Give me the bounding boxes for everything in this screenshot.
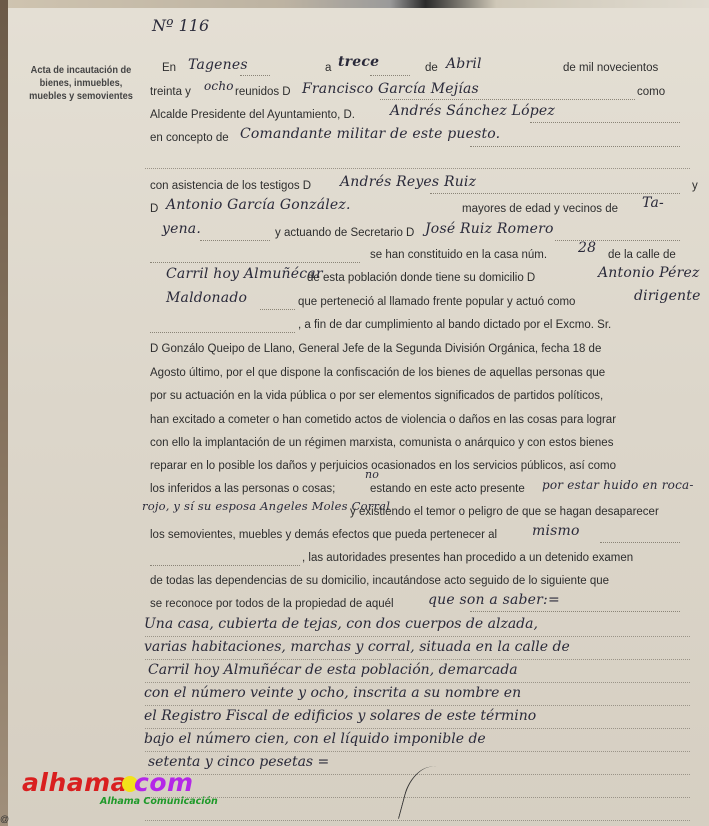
handwritten-line: varias habitaciones, marchas y corral, s… [144, 639, 570, 655]
form-line-text: de todas las dependencias de su domicili… [150, 571, 690, 591]
logo-subtitle: Alhama Comunicación [100, 796, 218, 807]
form-line-text: D Gonzálo Queipo de Llano, General Jefe … [150, 339, 690, 359]
watermark-logo: alhamacom Alhama Comunicación [22, 768, 252, 808]
form-line-date: En Tagenes a trece de Abril de mil novec… [150, 58, 690, 78]
handwritten-line: el Registro Fiscal de edificios y solare… [144, 708, 536, 724]
copyright-symbol: @ [0, 814, 9, 824]
form-line-owner: Maldonado que perteneció al llamado fren… [150, 292, 690, 312]
handwritten-line: Carril hoy Almuñécar de esta población, … [148, 662, 518, 678]
form-line-wife: rojo, y sí su esposa Angeles Moles Corra… [150, 502, 690, 522]
document-number: Nº 116 [152, 16, 209, 35]
form-line-text: por su actuación en la vida pública o po… [150, 386, 690, 406]
form-line-concept: en concepto de Comandante militar de est… [150, 128, 690, 148]
handwritten-line: con el número veinte y ocho, inscrita a … [144, 685, 521, 701]
form-line-text: con ello la implantación de un régimen m… [150, 433, 690, 453]
form-line-text: Agosto último, por el que dispone la con… [150, 363, 690, 383]
book-spine-edge [0, 0, 8, 826]
form-title: Acta de incautación de bienes, inmuebles… [29, 64, 133, 103]
form-line-street: Carril hoy Almuñécar de esta población d… [150, 268, 690, 288]
form-line-text: reparar en lo posible los daños y perjui… [150, 456, 690, 476]
handwritten-line: bajo el número cien, con el líquido impo… [144, 731, 486, 747]
handwritten-line: Una casa, cubierta de tejas, con dos cue… [144, 616, 538, 632]
form-line-text: han excitado a cometer o han cometido ac… [150, 410, 690, 430]
logo-text-alhama: alhama [22, 768, 128, 797]
logo-text-com: com [134, 768, 194, 797]
form-line-witness-2: D Antonio García González. mayores de ed… [150, 199, 690, 219]
